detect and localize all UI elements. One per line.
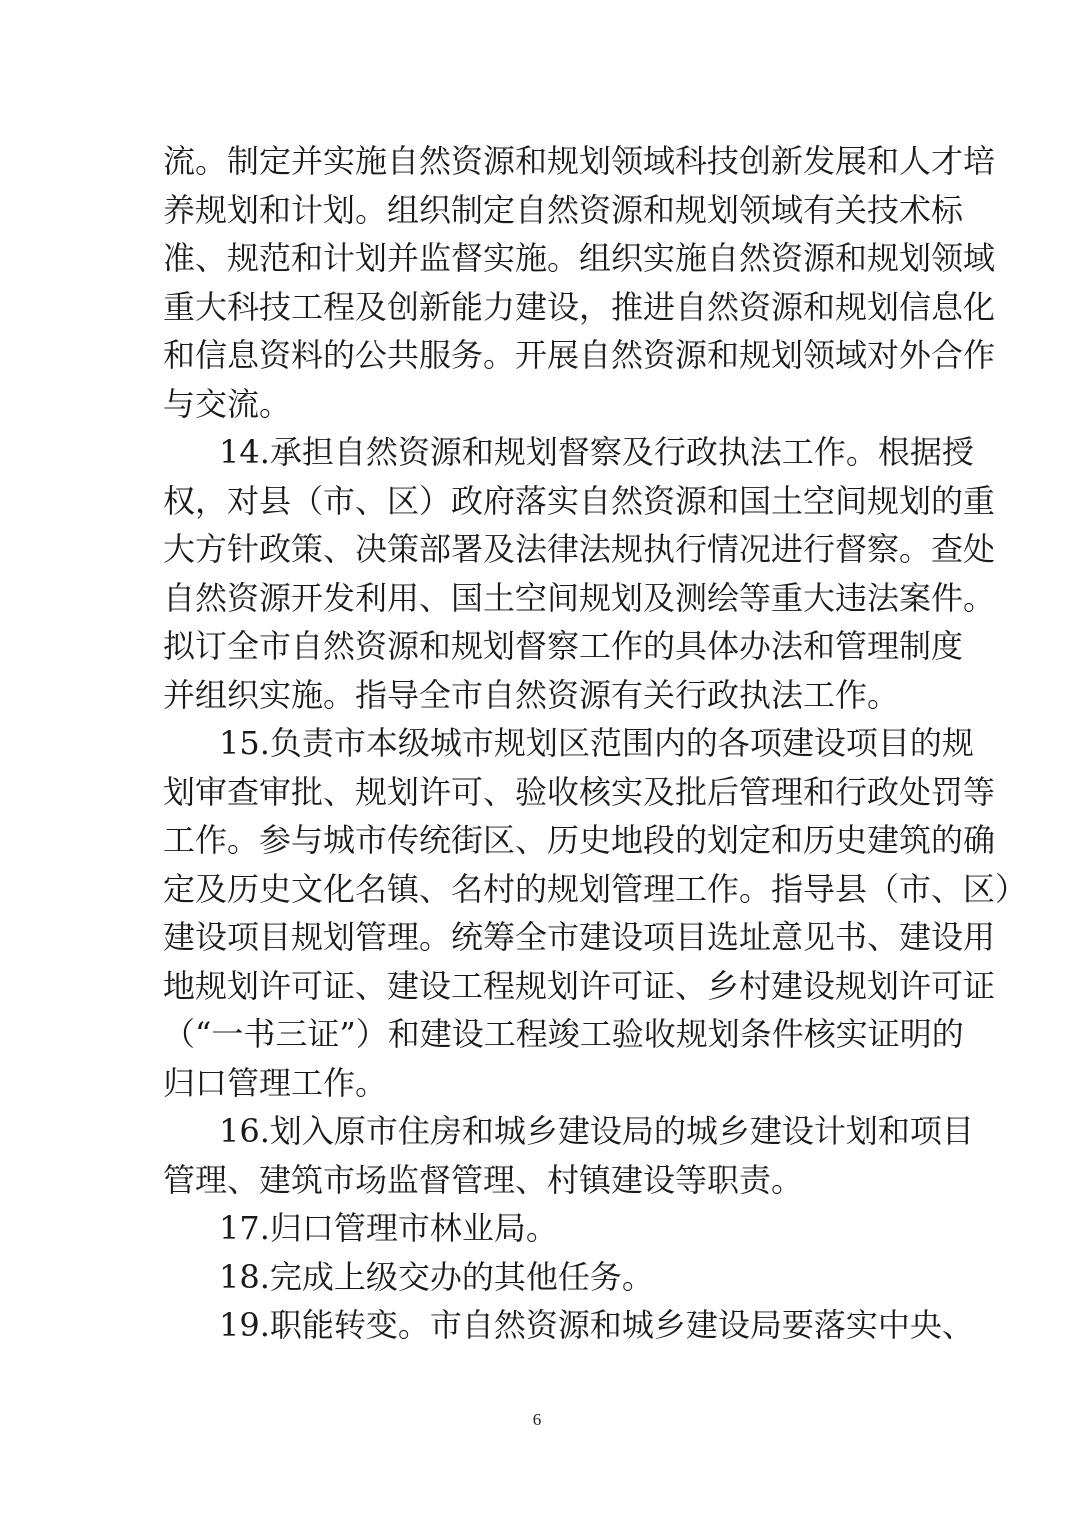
- item-14-heading: 14.承担自然资源和规划督察及行政执法工作。根据授: [163, 428, 915, 477]
- item-19-heading: 19.职能转变。市自然资源和城乡建设局要落实中央、: [163, 1301, 915, 1350]
- text-line: 建设项目规划管理。统筹全市建设项目选址意见书、建设用: [163, 913, 915, 962]
- text-line: 划审查审批、规划许可、验收核实及批后管理和行政处罚等: [163, 768, 915, 817]
- text-line: 工作。参与城市传统街区、历史地段的划定和历史建筑的确: [163, 816, 915, 865]
- item-16-heading: 16.划入原市住房和城乡建设局的城乡建设计划和项目: [163, 1107, 915, 1156]
- text-line: 重大科技工程及创新能力建设，推进自然资源和规划信息化: [163, 283, 915, 332]
- text-line: 归口管理工作。: [163, 1059, 915, 1108]
- text-line: 拟订全市自然资源和规划督察工作的具体办法和管理制度: [163, 622, 915, 671]
- page-number: 6: [0, 1410, 1074, 1430]
- text-line: 地规划许可证、建设工程规划许可证、乡村建设规划许可证: [163, 962, 915, 1011]
- text-line: 与交流。: [163, 380, 915, 429]
- item-15-heading: 15.负责市本级城市规划区范围内的各项建设项目的规: [163, 719, 915, 768]
- body-text: 流。制定并实施自然资源和规划领域科技创新发展和人才培 养规划和计划。组织制定自然…: [163, 137, 915, 1350]
- text-line: 和信息资料的公共服务。开展自然资源和规划领域对外合作: [163, 331, 915, 380]
- text-line: 流。制定并实施自然资源和规划领域科技创新发展和人才培: [163, 137, 915, 186]
- item-17: 17.归口管理市林业局。: [163, 1204, 915, 1253]
- text-line: 权，对县（市、区）政府落实自然资源和国土空间规划的重: [163, 477, 915, 526]
- item-18: 18.完成上级交办的其他任务。: [163, 1253, 915, 1302]
- text-line: 大方针政策、决策部署及法律法规执行情况进行督察。查处: [163, 525, 915, 574]
- document-page: 流。制定并实施自然资源和规划领域科技创新发展和人才培 养规划和计划。组织制定自然…: [0, 0, 1074, 1520]
- text-line: 准、规范和计划并监督实施。组织实施自然资源和规划领域: [163, 234, 915, 283]
- text-line: 定及历史文化名镇、名村的规划管理工作。指导县（市、区）: [163, 865, 915, 914]
- text-line: （“一书三证”）和建设工程竣工验收规划条件核实证明的: [163, 1010, 915, 1059]
- text-line: 养规划和计划。组织制定自然资源和规划领域有关技术标: [163, 186, 915, 235]
- text-line: 并组织实施。指导全市自然资源有关行政执法工作。: [163, 671, 915, 720]
- text-line: 自然资源开发利用、国土空间规划及测绘等重大违法案件。: [163, 574, 915, 623]
- text-line: 管理、建筑市场监督管理、村镇建设等职责。: [163, 1156, 915, 1205]
